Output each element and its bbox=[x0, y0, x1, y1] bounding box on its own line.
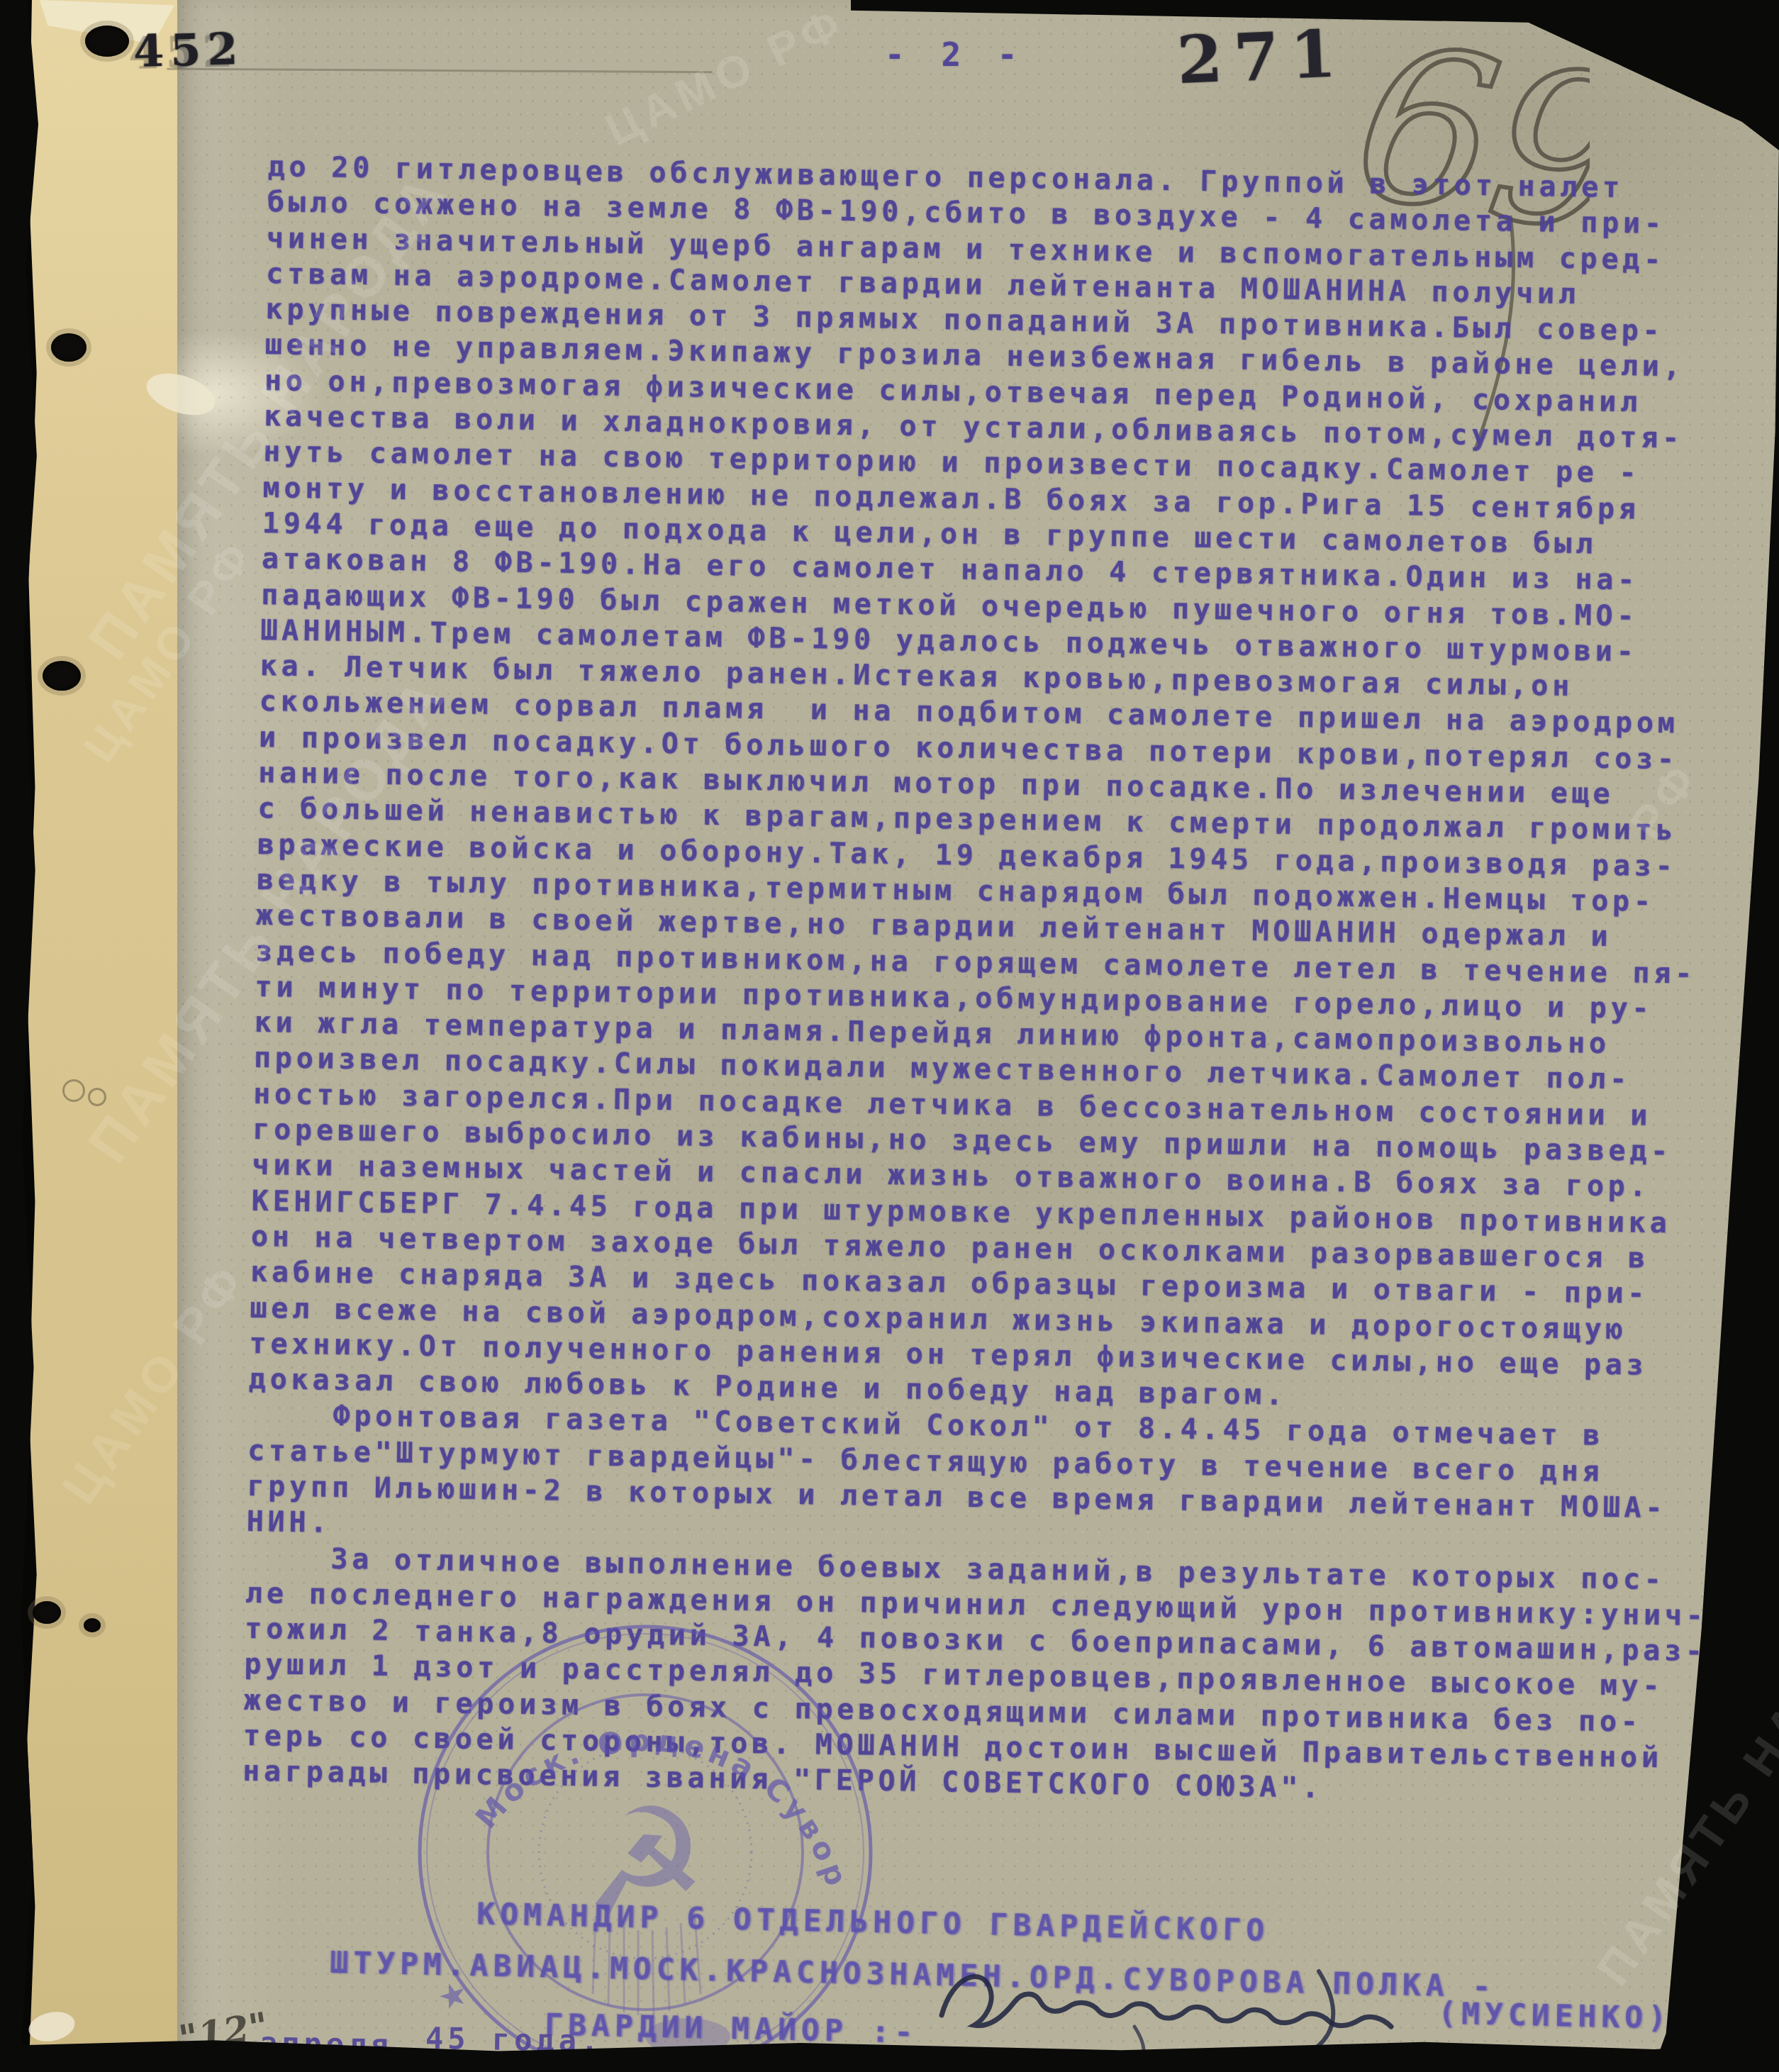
stamped-number: 271 bbox=[1176, 15, 1349, 99]
torn-page-edge bbox=[26, 0, 184, 2072]
punch-hole bbox=[33, 1601, 61, 1624]
punch-guide-ring bbox=[62, 1079, 85, 1102]
archive-sheet-number: 452 bbox=[133, 23, 245, 77]
punch-guide-ring bbox=[88, 1088, 106, 1106]
punch-hole bbox=[43, 661, 81, 691]
round-unit-stamp: Моск. Ордена Суворова ★ ☭ bbox=[383, 1611, 908, 2071]
punch-hole bbox=[84, 1618, 101, 1632]
page-number: - 2 - bbox=[885, 35, 1025, 74]
typewritten-text: до 20 гитлеровцев обслуживающего персона… bbox=[242, 150, 1730, 1814]
punch-hole bbox=[85, 26, 129, 57]
document-scan: 452 - 2 - 271 69 до 20 гитлеровцев обслу… bbox=[0, 0, 1779, 2072]
signer-surname: (МУСИЕНКО) bbox=[1438, 1996, 1672, 2037]
punch-hole bbox=[51, 333, 87, 362]
